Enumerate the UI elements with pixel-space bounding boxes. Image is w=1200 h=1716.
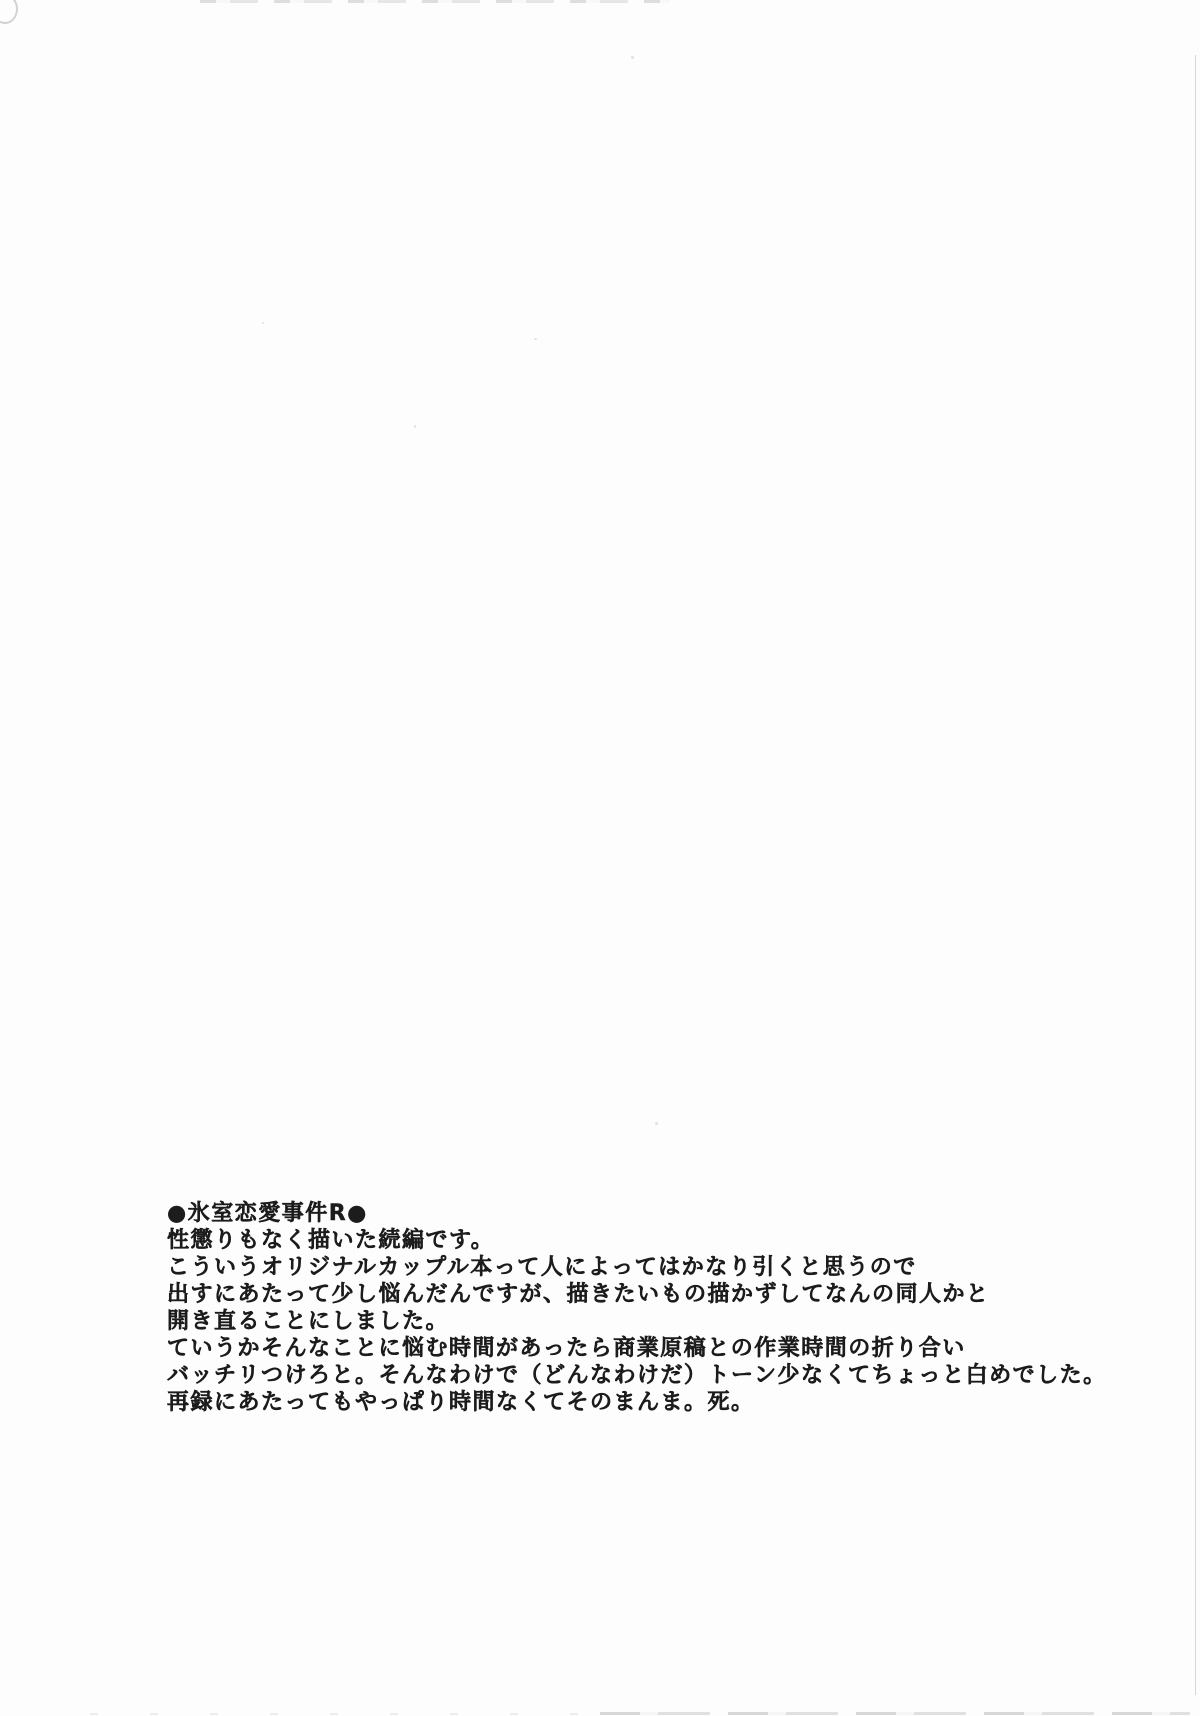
afterword-line-5: ていうかそんなことに悩む時間があったら商業原稿との作業時間の折り合い: [167, 1335, 1127, 1362]
scan-artifact-bottom-edge-left: [90, 1713, 590, 1715]
afterword-line-7: 再録にあたってもやっぱり時間なくてそのまんま。死。: [167, 1389, 1127, 1416]
afterword-title: ●氷室恋愛事件R●: [167, 1200, 1127, 1227]
afterword-line-2: こういうオリジナルカップル本って人によってはかなり引くと思うので: [167, 1254, 1127, 1281]
scanned-page: ●氷室恋愛事件R● 性懲りもなく描いた続編です。 こういうオリジナルカップル本っ…: [0, 0, 1200, 1716]
afterword-line-3: 出すにあたって少し悩んだんですが、描きたいもの描かずしてなんの同人かと: [167, 1281, 1127, 1308]
scan-artifact-corner: [0, 0, 18, 24]
scan-artifact-bottom-edge-right: [600, 1712, 1190, 1715]
scan-speck: [262, 322, 264, 324]
scan-speck: [414, 425, 416, 428]
afterword-text-block: ●氷室恋愛事件R● 性懲りもなく描いた続編です。 こういうオリジナルカップル本っ…: [167, 1200, 1127, 1416]
afterword-line-1: 性懲りもなく描いた続編です。: [167, 1227, 1127, 1254]
scan-artifact-right-edge: [1195, 55, 1196, 1695]
scan-speck: [631, 56, 634, 59]
afterword-line-6: バッチリつけろと。そんなわけで（どんなわけだ）トーン少なくてちょっと白めでした。: [167, 1362, 1127, 1389]
scan-artifact-top-edge: [200, 0, 670, 3]
scan-speck: [655, 1122, 658, 1125]
scan-speck: [534, 338, 537, 340]
afterword-line-4: 開き直ることにしました。: [167, 1308, 1127, 1335]
